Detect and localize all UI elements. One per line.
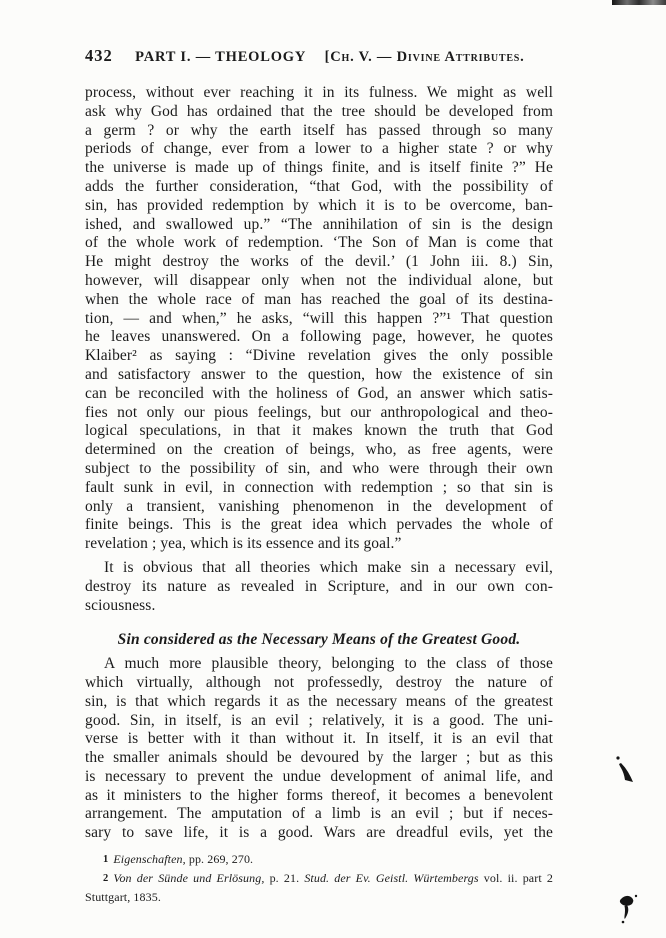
- text-line: ished, and swallowed up.” “The annihilat…: [85, 216, 553, 235]
- text-line: subject to the possibility of sin, and w…: [85, 460, 553, 479]
- footnote-title: Stud. der Ev. Geistl. Würtembergs: [304, 871, 478, 885]
- text-line: periods of change, ever from a lower to …: [85, 140, 553, 159]
- text-line: as it ministers to the higher forms ther…: [85, 787, 553, 806]
- text-line: when the whole race of man has reached t…: [85, 291, 553, 310]
- footnote-marker: 1: [103, 854, 108, 865]
- book-page: 432 PART I. — THEOLOGY [Ch. V. — Divine …: [0, 0, 666, 938]
- text-line: A much more plausible theory, belonging …: [85, 655, 553, 674]
- text-line: arrangement. The amputation of a limb is…: [85, 805, 553, 824]
- text-line: destroy its nature as revealed in Script…: [85, 578, 553, 597]
- text-line: he leaves unanswered. On a following pag…: [85, 328, 553, 347]
- text-line: ask why God has ordained that the tree s…: [85, 103, 553, 122]
- footnote-text: p. 21.: [264, 871, 304, 885]
- footnote-text: vol. ii. part 2: [479, 871, 553, 885]
- footnote: 2Von der Sünde und Erlösung, p. 21. Stud…: [85, 869, 553, 888]
- footnote-title: Eigenschaften,: [113, 852, 185, 866]
- running-title-chapter: [Ch. V. — Divine Attributes.: [325, 49, 525, 65]
- text-line: can be reconciled with the holiness of G…: [85, 385, 553, 404]
- text-line: finite beings. This is the great idea wh…: [85, 516, 553, 535]
- text-line: sin, has provided redemption by which it…: [85, 197, 553, 216]
- text-line: the smaller animals should be devoured b…: [85, 749, 553, 768]
- text-line: however, will disappear only when not th…: [85, 272, 553, 291]
- text-line: the universe is made up of things finite…: [85, 159, 553, 178]
- running-head: 432 PART I. — THEOLOGY [Ch. V. — Divine …: [85, 46, 547, 66]
- text-line: adds the further consideration, “that Go…: [85, 178, 553, 197]
- section-heading: Sin considered as the Necessary Means of…: [85, 631, 553, 650]
- text-line: Klaiber² as saying : “Divine revelation …: [85, 347, 553, 366]
- text-line: determined on the creation of beings, wh…: [85, 441, 553, 460]
- text-line: good. Sin, in itself, is an evil ; relat…: [85, 712, 553, 731]
- text-line: is necessary to prevent the undue develo…: [85, 768, 553, 787]
- text-line: tion, — and when,” he asks, “will this h…: [85, 310, 553, 329]
- text-line: verse is better with it than without it.…: [85, 730, 553, 749]
- running-title-part: PART I. — THEOLOGY: [135, 49, 306, 65]
- text-line: sciousness.: [85, 597, 553, 616]
- page-number: 432: [85, 46, 113, 66]
- paragraph: It is obvious that all theories which ma…: [85, 559, 553, 615]
- text-line: It is obvious that all theories which ma…: [85, 559, 553, 578]
- footnote: 1Eigenschaften, pp. 269, 270.: [85, 850, 553, 869]
- ink-blob-artifact: [614, 892, 642, 928]
- text-line: of the whole work of redemption. ‘The So…: [85, 234, 553, 253]
- text-line: sin, is that which regards it as the nec…: [85, 693, 553, 712]
- running-title: PART I. — THEOLOGY [Ch. V. — Divine Attr…: [113, 49, 547, 66]
- text-line: fies not only our pious feelings, but ou…: [85, 404, 553, 423]
- footnote-continuation: Stuttgart, 1835.: [85, 888, 553, 906]
- text-line: revelation ; yea, which is its essence a…: [85, 535, 553, 554]
- footnote-text: pp. 269, 270.: [186, 852, 253, 866]
- text-column: process, without ever reaching it in its…: [85, 84, 553, 906]
- text-line: logical speculations, in that it makes k…: [85, 422, 553, 441]
- text-line: and satisfactory answer to the question,…: [85, 366, 553, 385]
- paragraph: A much more plausible theory, belonging …: [85, 655, 553, 843]
- text-line: He might destroy the works of the devil.…: [85, 253, 553, 272]
- pen-mark-artifact: [612, 754, 638, 786]
- footnotes: 1Eigenschaften, pp. 269, 270. 2Von der S…: [85, 850, 553, 906]
- text-line: which virtually, although not professedl…: [85, 674, 553, 693]
- scan-edge-shadow: [612, 0, 666, 5]
- paragraph-continuation: process, without ever reaching it in its…: [85, 84, 553, 554]
- text-line: fault sunk in evil, in connection with r…: [85, 479, 553, 498]
- text-line: process, without ever reaching it in its…: [85, 84, 553, 103]
- text-line: a germ ? or why the earth itself has pas…: [85, 122, 553, 141]
- text-line: sary to save life, it is a good. Wars ar…: [85, 824, 553, 843]
- text-line: only a transient, vanishing phenomenon i…: [85, 498, 553, 517]
- footnote-title: Von der Sünde und Erlösung,: [113, 871, 264, 885]
- footnote-marker: 2: [103, 873, 108, 884]
